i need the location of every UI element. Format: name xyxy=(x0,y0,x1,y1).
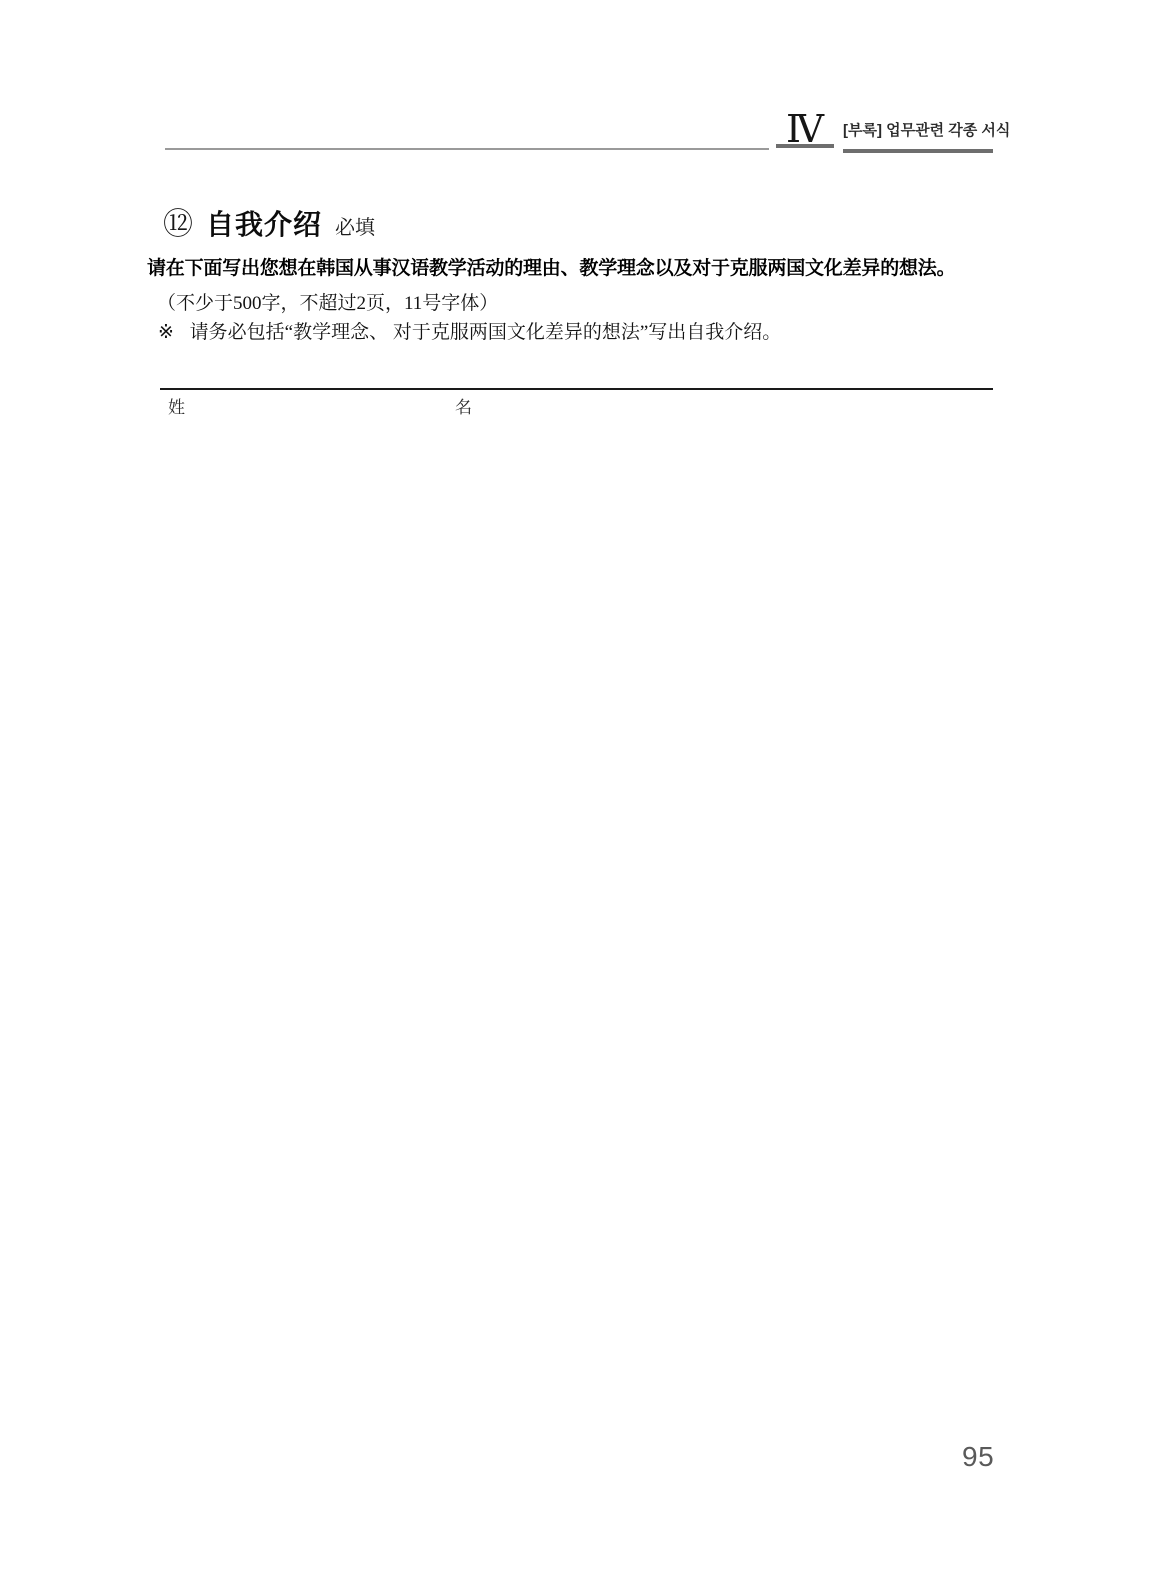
header-rule xyxy=(165,148,769,150)
surname-label: 姓 xyxy=(168,393,185,418)
note-marker: ※ xyxy=(158,321,174,344)
page-number: 95 xyxy=(962,1441,994,1473)
form-title-row: ⑫ 自我介绍 必填 xyxy=(163,199,375,243)
header-section-title: [부록] 업무관련 각종 서식 xyxy=(843,122,993,153)
item-number-badge: ⑫ xyxy=(163,199,193,243)
document-page: Ⅳ [부록] 업무관련 각종 서식 ⑫ 自我介绍 必填 请在下面写出您想在韩国从… xyxy=(0,0,1159,1571)
given-name-label: 名 xyxy=(455,393,472,418)
note-row: ※ 请务必包括“教学理念、 对于克服两国文化差异的想法”写出自我介绍。 xyxy=(158,317,781,344)
instruction-text: 请在下面写出您想在韩国从事汉语教学活动的理由、教学理念以及对于克服两国文化差异的… xyxy=(147,253,1017,280)
constraint-text: （不少于500字，不超过2页，11号字体） xyxy=(157,288,498,315)
header-section-numeral: Ⅳ xyxy=(776,110,834,148)
note-text: 请务必包括“教学理念、 对于克服两国文化差异的想法”写出自我介绍。 xyxy=(190,317,782,344)
form-title: 自我介绍 xyxy=(206,203,322,243)
required-badge: 必填 xyxy=(335,211,375,240)
name-divider-rule: 姓 名 xyxy=(160,388,993,418)
